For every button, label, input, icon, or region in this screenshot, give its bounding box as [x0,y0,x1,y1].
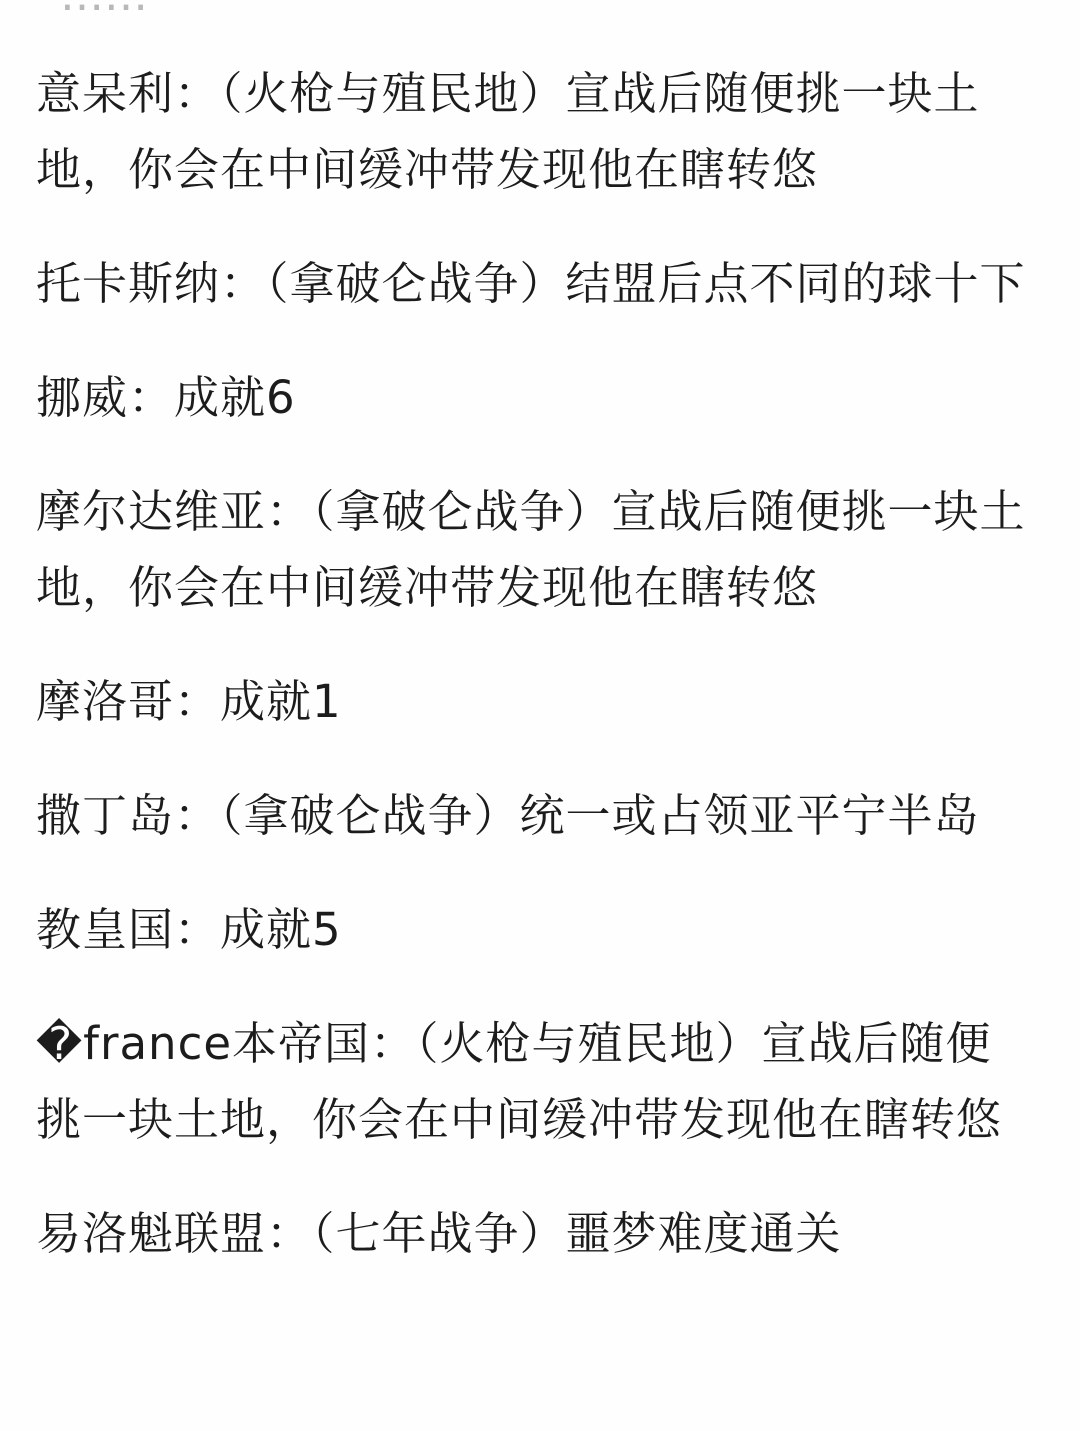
country-name: �france本帝国 [36,1017,370,1070]
separator: ： [266,1207,312,1260]
list-item: 挪威：成就6 [36,360,1026,436]
country-name: 易洛魁联盟 [36,1207,266,1260]
unlock-condition: （七年战争）噩梦难度通关 [312,1207,842,1260]
separator: ： [174,675,220,728]
separator: ： [370,1017,416,1070]
country-name: 教皇国 [36,903,174,956]
list-item: 意呆利：（火枪与殖民地）宣战后随便挑一块土地，你会在中间缓冲带发现他在瞎转悠 [36,56,1026,208]
list-item: 教皇国：成就5 [36,892,1026,968]
separator: ： [174,903,220,956]
unlock-condition: （拿破仑战争）统一或占领亚平宁半岛 [220,789,980,842]
country-name: 托卡斯纳 [36,257,220,310]
separator: ： [266,485,312,538]
clipped-text: …… [60,0,148,14]
country-name: 意呆利 [36,67,174,120]
list-item: �france本帝国：（火枪与殖民地）宣战后随便挑一块土地，你会在中间缓冲带发现… [36,1006,1026,1158]
country-name: 挪威 [36,371,128,424]
list-item: 摩尔达维亚：（拿破仑战争）宣战后随便挑一块土地，你会在中间缓冲带发现他在瞎转悠 [36,474,1026,626]
unlock-condition: 成就5 [220,903,342,956]
unlock-condition: 成就1 [220,675,342,728]
list-item: 撒丁岛：（拿破仑战争）统一或占领亚平宁半岛 [36,778,1026,854]
list-item: 摩洛哥：成就1 [36,664,1026,740]
list-item: 易洛魁联盟：（七年战争）噩梦难度通关 [36,1196,1026,1272]
clipped-previous-line: …… [0,0,1080,14]
country-name: 摩尔达维亚 [36,485,266,538]
separator: ： [174,789,220,842]
separator: ： [220,257,266,310]
country-name: 摩洛哥 [36,675,174,728]
unlock-condition: （拿破仑战争）结盟后点不同的球十下 [266,257,1026,310]
list-item: 托卡斯纳：（拿破仑战争）结盟后点不同的球十下 [36,246,1026,322]
separator: ： [174,67,220,120]
separator: ： [128,371,174,424]
country-unlock-list: 意呆利：（火枪与殖民地）宣战后随便挑一块土地，你会在中间缓冲带发现他在瞎转悠 托… [36,56,1026,1310]
country-name: 撒丁岛 [36,789,174,842]
unlock-condition: 成就6 [174,371,296,424]
